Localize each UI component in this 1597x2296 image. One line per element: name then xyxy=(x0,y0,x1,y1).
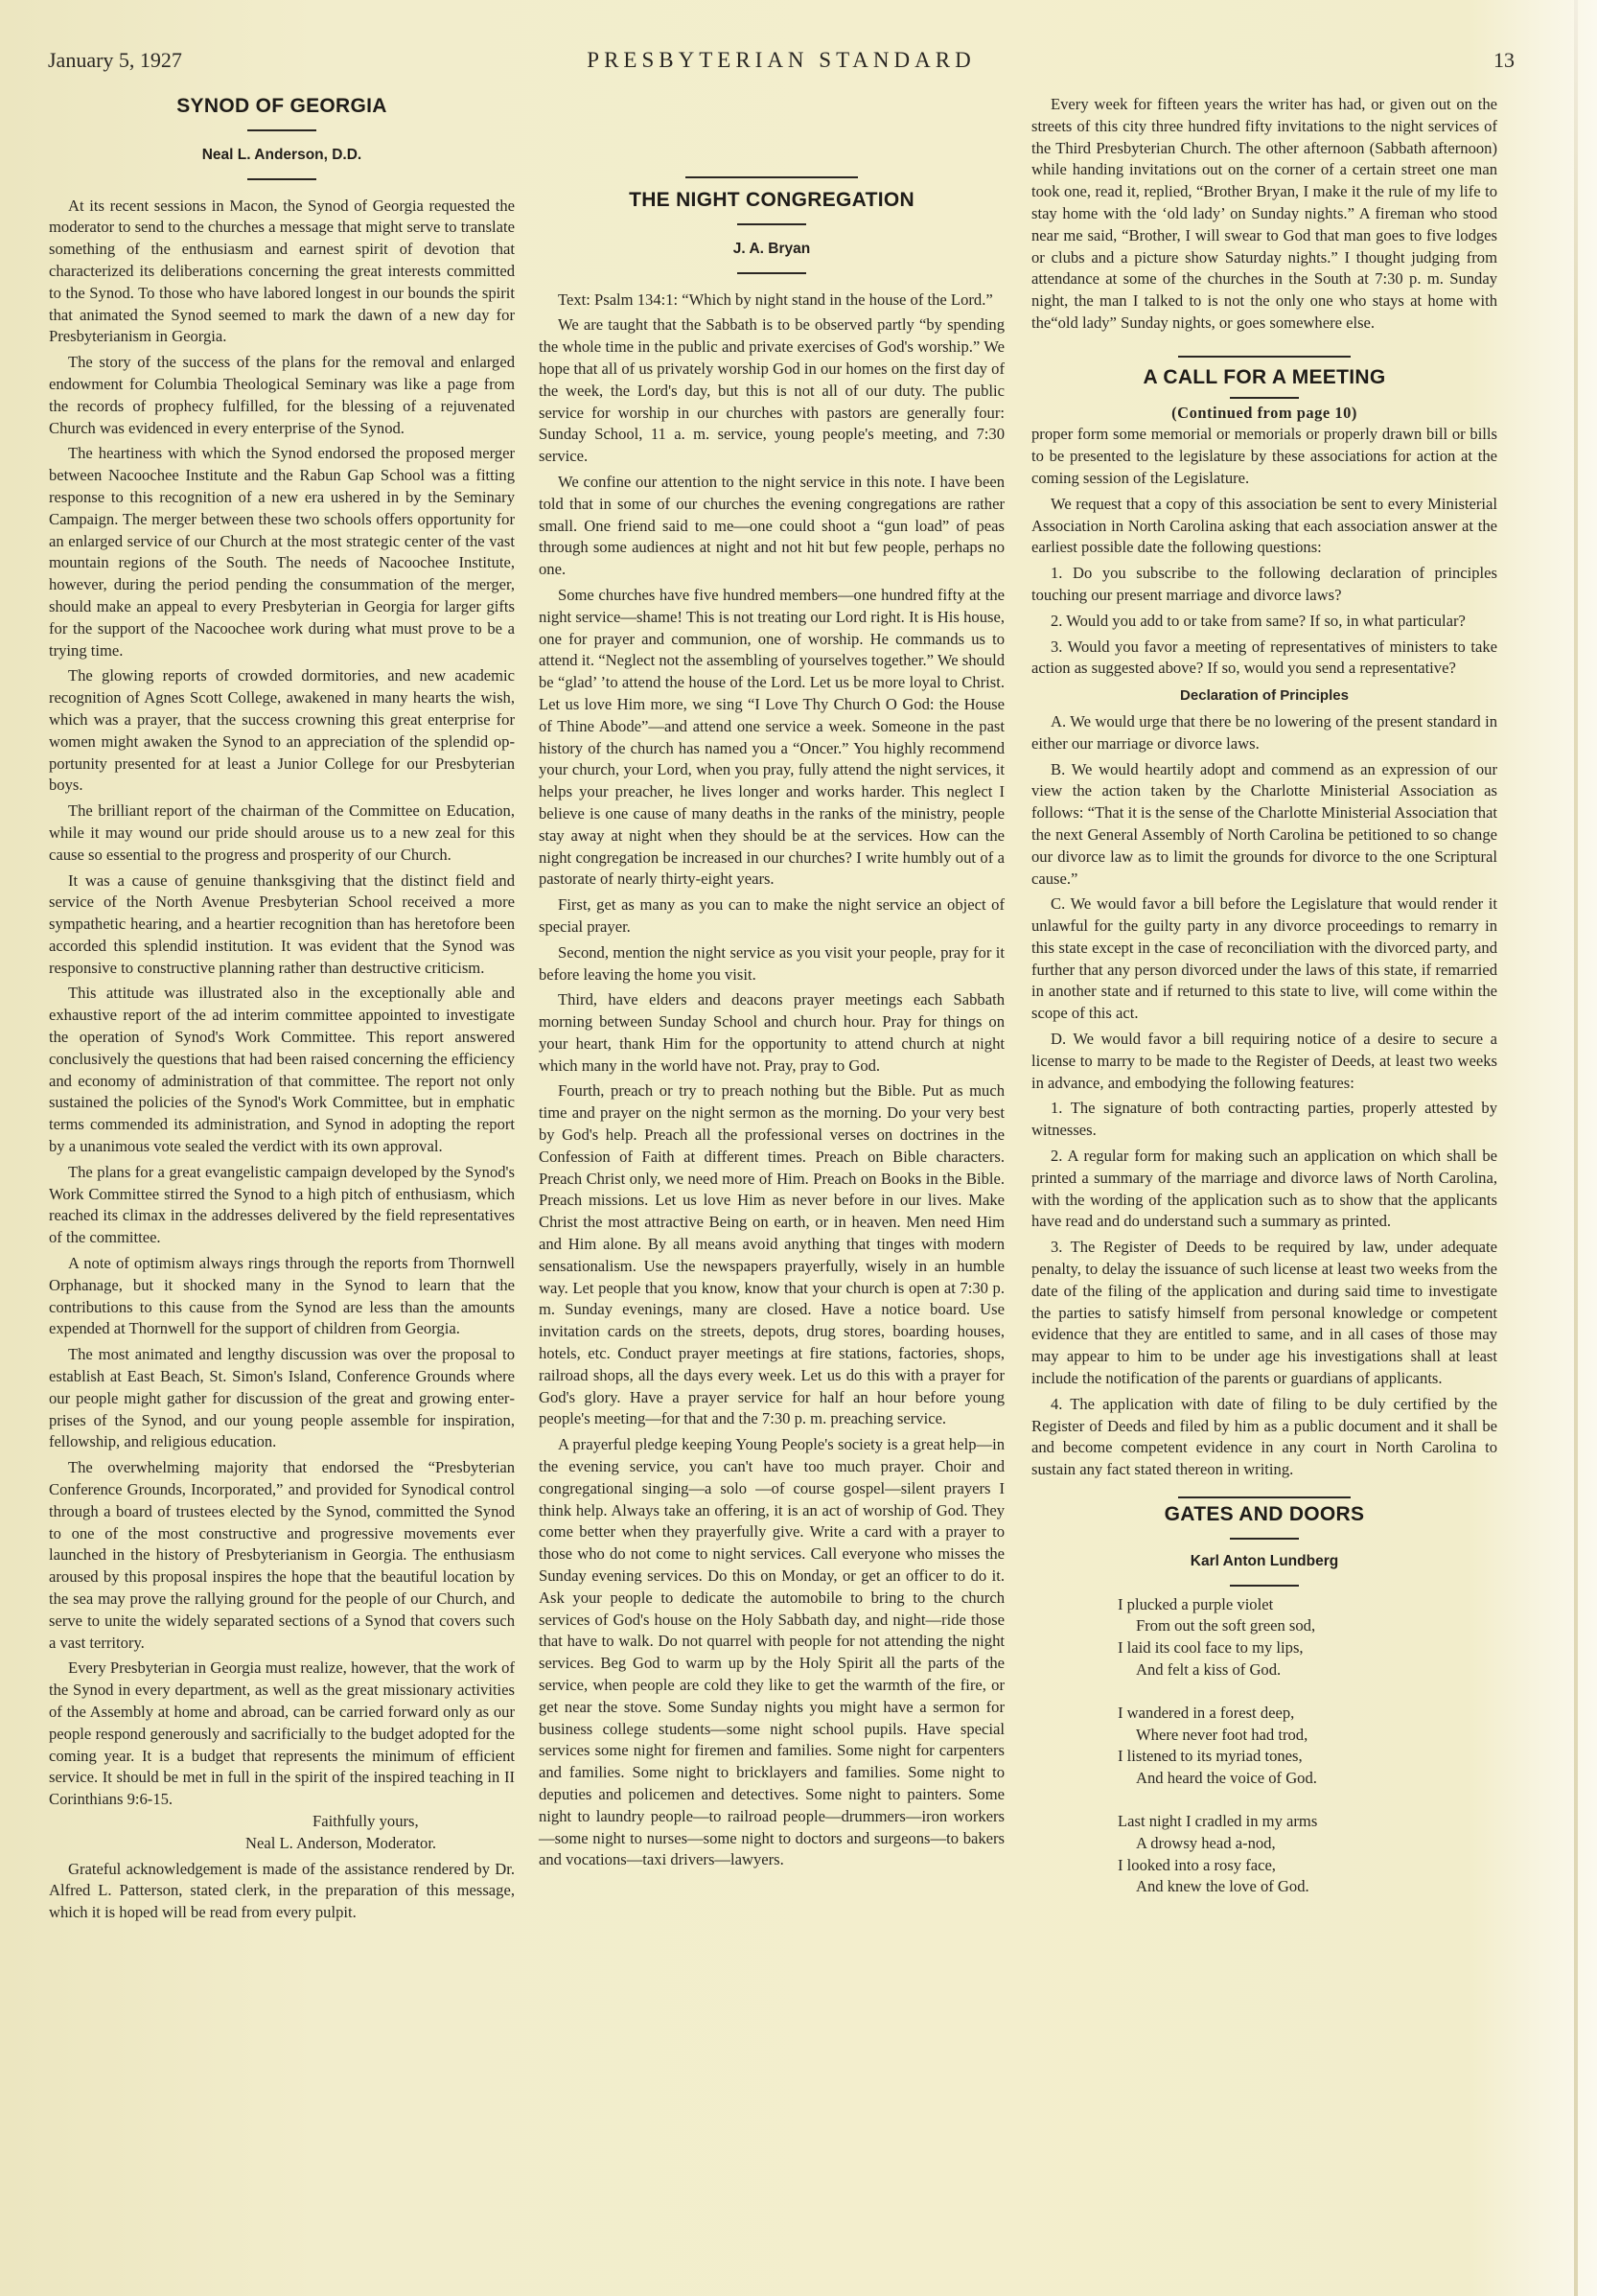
poem: I plucked a purple violet From out the s… xyxy=(1118,1594,1497,1899)
paragraph: Every Presbyterian in Georgia must reali… xyxy=(49,1658,515,1811)
poem-stanza: I plucked a purple violet From out the s… xyxy=(1118,1594,1497,1681)
running-header: January 5, 1927 PRESBYTERIAN STANDARD 13 xyxy=(48,48,1515,77)
byline-synod: Neal L. Anderson, D.D. xyxy=(49,145,515,167)
divider xyxy=(737,223,806,225)
paragraph: 2. Would you add to or take from same? I… xyxy=(1031,611,1497,633)
paragraph: Some churches have five hundred members—… xyxy=(539,585,1005,891)
principle: C. We would favor a bill before the Legi… xyxy=(1031,893,1497,1025)
acknowledgement: Grateful acknowledgement is made of the … xyxy=(49,1859,515,1924)
paragraph: We are taught that the Sabbath is to be … xyxy=(539,314,1005,468)
paragraph: Every week for fifteen years the writer … xyxy=(1031,94,1497,335)
night-body: Text: Psalm 134:1: “Which by night stand… xyxy=(539,290,1005,1872)
magazine-page: January 5, 1927 PRESBYTERIAN STANDARD 13… xyxy=(0,0,1597,2296)
byline-night: J. A. Bryan xyxy=(539,239,1005,261)
poem-stanza: Last night I cradled in my arms A drowsy… xyxy=(1118,1811,1497,1898)
principle: 4. The application with date of filing t… xyxy=(1031,1394,1497,1481)
synod-body: At its recent sessions in Macon, the Syn… xyxy=(49,196,515,1924)
principle: 1. The signature of both contracting par… xyxy=(1031,1098,1497,1142)
poem-line: From out the soft green sod, xyxy=(1118,1615,1497,1637)
poem-line: And knew the love of God. xyxy=(1118,1876,1497,1898)
divider xyxy=(247,129,316,131)
column-3: Every week for fifteen years the writer … xyxy=(1031,94,1497,1919)
paragraph: 1. Do you subscribe to the following dec… xyxy=(1031,563,1497,607)
paragraph: The heartiness with which the Synod endo… xyxy=(49,443,515,661)
divider xyxy=(737,272,806,274)
divider xyxy=(685,176,858,178)
page-edge xyxy=(1574,0,1578,2296)
declaration-heading: Declaration of Principles xyxy=(1031,685,1497,707)
article-title-night: THE NIGHT CONGREGATION xyxy=(539,190,1005,212)
paragraph: The brilliant report of the chairman of … xyxy=(49,800,515,866)
continued-note: (Continued from page 10) xyxy=(1031,403,1497,425)
column-2: THE NIGHT CONGREGATION J. A. Bryan Text:… xyxy=(539,94,1005,1875)
principle: 3. The Register of Deeds to be required … xyxy=(1031,1237,1497,1390)
article-title-meeting: A CALL FOR A MEETING xyxy=(1031,367,1497,389)
poem-line: A drowsy head a-nod, xyxy=(1118,1833,1497,1855)
paragraph: First, get as many as you can to make th… xyxy=(539,894,1005,939)
divider xyxy=(1230,397,1299,399)
column-1: SYNOD OF GEORGIA Neal L. Anderson, D.D. … xyxy=(49,94,515,1928)
poem-line: Last night I cradled in my arms xyxy=(1118,1811,1497,1833)
paragraph: Second, mention the night service as you… xyxy=(539,942,1005,986)
article-title-synod: SYNOD OF GEORGIA xyxy=(49,96,515,118)
divider xyxy=(1230,1538,1299,1540)
signoff-closing: Faithfully yours, xyxy=(49,1811,515,1833)
paragraph: The most animated and lengthy discussion… xyxy=(49,1344,515,1453)
principle: D. We would favor a bill requiring notic… xyxy=(1031,1029,1497,1094)
continuation-spacer xyxy=(539,94,1005,165)
paragraph: Third, have elders and deacons prayer me… xyxy=(539,989,1005,1077)
paragraph: 3. Would you favor a meeting of represen… xyxy=(1031,637,1497,681)
paragraph: Fourth, preach or try to preach nothing … xyxy=(539,1080,1005,1430)
principle: 2. A regular form for making such an app… xyxy=(1031,1146,1497,1233)
page-number: 13 xyxy=(1493,48,1515,73)
poem-line: I laid its cool face to my lips, xyxy=(1118,1637,1497,1659)
paragraph: We confine our attention to the night se… xyxy=(539,472,1005,581)
poem-stanza: I wandered in a forest deep, Where never… xyxy=(1118,1703,1497,1790)
paragraph: The glowing reports of crowded dormitori… xyxy=(49,665,515,797)
poem-line: And felt a kiss of God. xyxy=(1118,1659,1497,1681)
poem-line: I listened to its myriad tones, xyxy=(1118,1746,1497,1768)
signoff: Faithfully yours, Neal L. Anderson, Mode… xyxy=(49,1811,515,1855)
meeting-body: proper form some memorial or memorials o… xyxy=(1031,424,1497,1481)
paragraph: Text: Psalm 134:1: “Which by night stand… xyxy=(539,290,1005,312)
divider xyxy=(1230,1585,1299,1587)
paragraph: At its recent sessions in Macon, the Syn… xyxy=(49,196,515,349)
poem-line: And heard the voice of God. xyxy=(1118,1768,1497,1790)
principle: B. We would heartily adopt and commend a… xyxy=(1031,759,1497,891)
poem-line: I wandered in a forest deep, xyxy=(1118,1703,1497,1725)
paragraph: The plans for a great evangelistic campa… xyxy=(49,1162,515,1249)
poem-line: I plucked a purple violet xyxy=(1118,1594,1497,1616)
divider xyxy=(1178,356,1351,358)
poem-line: I looked into a rosy face, xyxy=(1118,1855,1497,1877)
paragraph: It was a cause of genuine thanksgiving t… xyxy=(49,870,515,980)
paragraph: A prayerful pledge keeping Young People'… xyxy=(539,1434,1005,1871)
principle: A. We would urge that there be no loweri… xyxy=(1031,711,1497,755)
paragraph: The overwhelming majority that endorsed … xyxy=(49,1457,515,1654)
poem-line: Where never foot had trod, xyxy=(1118,1725,1497,1747)
paragraph: We request that a copy of this associati… xyxy=(1031,494,1497,559)
divider xyxy=(1178,1496,1351,1498)
article-title-poem: GATES AND DOORS xyxy=(1031,1504,1497,1526)
divider xyxy=(247,178,316,180)
byline-poem: Karl Anton Lundberg xyxy=(1031,1551,1497,1573)
paragraph: This attitude was illustrated also in th… xyxy=(49,983,515,1157)
paragraph: proper form some memorial or memorials o… xyxy=(1031,424,1497,489)
paragraph: The story of the success of the plans fo… xyxy=(49,352,515,439)
paragraph: A note of optimism always rings through … xyxy=(49,1253,515,1340)
masthead: PRESBYTERIAN STANDARD xyxy=(48,48,1515,73)
signoff-signature: Neal L. Anderson, Moderator. xyxy=(49,1833,515,1855)
